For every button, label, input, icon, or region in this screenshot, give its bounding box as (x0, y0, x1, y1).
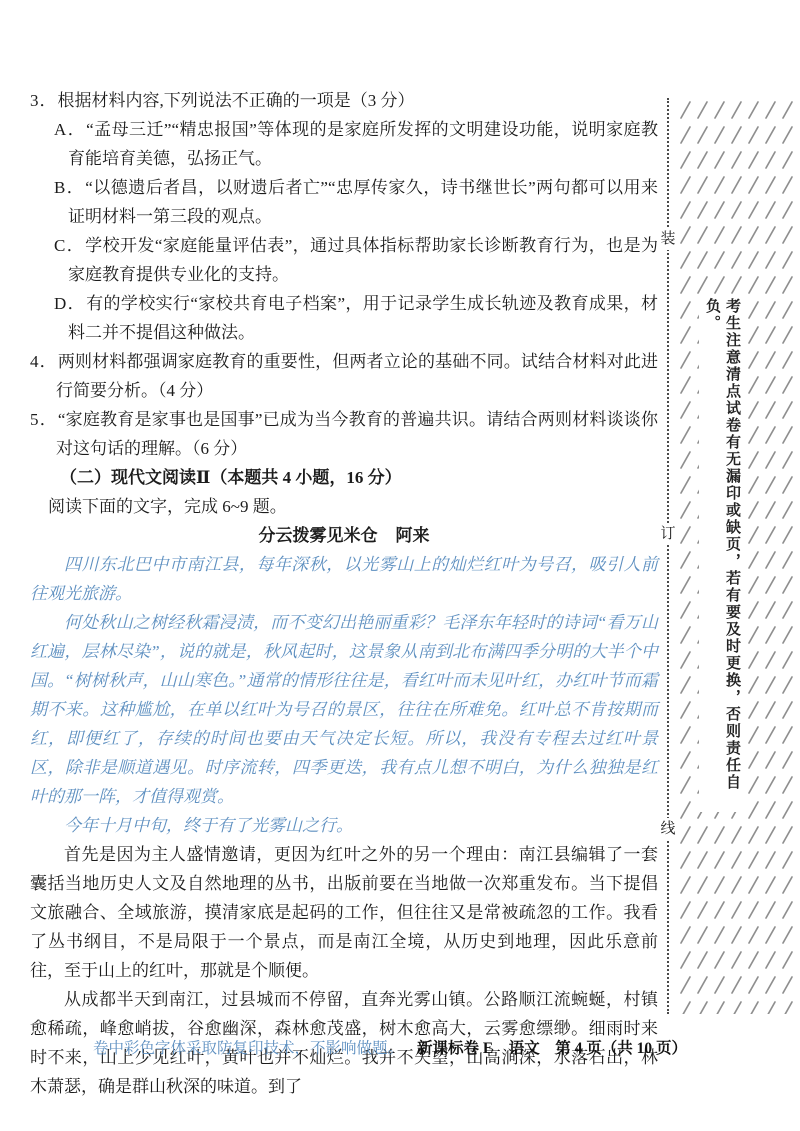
option-a-text: “孟母三迁”“精忠报国”等体现的是家庭所发挥的文明建设功能，说明家庭教育能培育美… (68, 120, 658, 168)
option-d-text: 有的学校实行“家校共育电子档案”，用于记录学生成长轨迹及教育成果，材料二并不提倡… (68, 294, 658, 342)
option-b-text: “以德遗后者昌，以财遗后者亡”“忠厚传家久，诗书继世长”两句都可以用来证明材料一… (68, 178, 658, 226)
passage-paragraph-4: 首先是因为主人盛情邀请，更因为红叶之外的另一个理由：南江县编辑了一套囊括当地历史… (30, 840, 658, 985)
question-3-option-d: D．有的学校实行“家校共育电子档案”，用于记录学生成长轨迹及教育成果，材料二并不… (54, 289, 658, 347)
question-5: 5．“家庭教育是家事也是国事”已成为当今教育的普遍共识。请结合两则材料谈谈你对这… (30, 405, 658, 463)
question-3-option-a: A．“孟母三迁”“精忠报国”等体现的是家庭所发挥的文明建设功能，说明家庭教育能培… (54, 115, 658, 173)
passage-paragraph-3: 今年十月中旬，终于有了光雾山之行。 (30, 811, 658, 840)
binding-mark-ding: 订 (659, 523, 677, 545)
binding-mark-xian: 线 (659, 818, 677, 840)
section-header: （二）现代文阅读Ⅱ（本题共 4 小题，16 分） (60, 463, 658, 492)
option-a-label: A． (54, 120, 86, 139)
reading-instruction: 阅读下面的文字，完成 6~9 题。 (48, 492, 658, 521)
page-footer: 卷中彩色字体采取防复印技术，不影响做题。新课标卷 E 语文 第 4 页（共 10… (0, 1036, 780, 1058)
exam-page: { "colors": {"accent_blue": "#5d8fc0", "… (0, 0, 800, 1131)
option-b-label: B． (54, 178, 85, 197)
question-3-number: 3． (30, 91, 58, 110)
question-3: 3．根据材料内容,下列说法不正确的一项是（3 分） (30, 86, 658, 115)
passage-paragraph-1: 四川东北巴中市南江县，每年深秋，以光雾山上的灿烂红叶为号召，吸引人前往观光旅游。 (30, 550, 658, 608)
passage-paragraph-2: 何处秋山之树经秋霜浸渍，而不变幻出艳丽重彩？毛泽东年轻时的诗词“看万山红遍，层林… (30, 608, 658, 811)
passage-title: 分云拨雾见米仓 (259, 526, 378, 545)
question-3-option-b: B．“以德遗后者昌，以财遗后者亡”“忠厚传家久，诗书继世长”两句都可以用来证明材… (54, 173, 658, 231)
candidate-notice-vertical: 考生注意清点试卷有无漏印或缺页，若有要及时更换，否则责任自负。 (702, 298, 742, 812)
question-3-option-c: C．学校开发“家庭能量评估表”，通过具体指标帮助家长诊断教育行为，也是为家庭教育… (54, 231, 658, 289)
option-c-label: C． (54, 236, 85, 255)
footer-anticopy-notice: 卷中彩色字体采取防复印技术，不影响做题。 (93, 1040, 403, 1057)
main-content: 3．根据材料内容,下列说法不正确的一项是（3 分） A．“孟母三迁”“精忠报国”… (30, 86, 658, 1101)
passage-title-line: 分云拨雾见米仓阿来 (30, 521, 658, 550)
candidate-notice-box: 考生注意清点试卷有无漏印或缺页，若有要及时更换，否则责任自负。 (699, 298, 745, 812)
question-4-number: 4． (30, 352, 58, 371)
question-5-number: 5． (30, 410, 58, 429)
question-4-text: 两则材料都强调家庭教育的重要性，但两者立论的基础不同。试结合材料对此进行简要分析… (56, 352, 658, 400)
option-d-label: D． (54, 294, 86, 313)
passage-author: 阿来 (396, 526, 430, 545)
binding-mark-zhuang: 装 (659, 228, 677, 250)
question-5-text: “家庭教育是家事也是国事”已成为当今教育的普遍共识。请结合两则材料谈谈你对这句话… (56, 410, 658, 458)
question-3-text: 根据材料内容,下列说法不正确的一项是（3 分） (58, 91, 415, 110)
question-4: 4．两则材料都强调家庭教育的重要性，但两者立论的基础不同。试结合材料对此进行简要… (30, 347, 658, 405)
footer-page-info: 新课标卷 E 语文 第 4 页（共 10 页） (417, 1040, 687, 1057)
option-c-text: 学校开发“家庭能量评估表”，通过具体指标帮助家长诊断教育行为，也是为家庭教育提供… (68, 236, 658, 284)
